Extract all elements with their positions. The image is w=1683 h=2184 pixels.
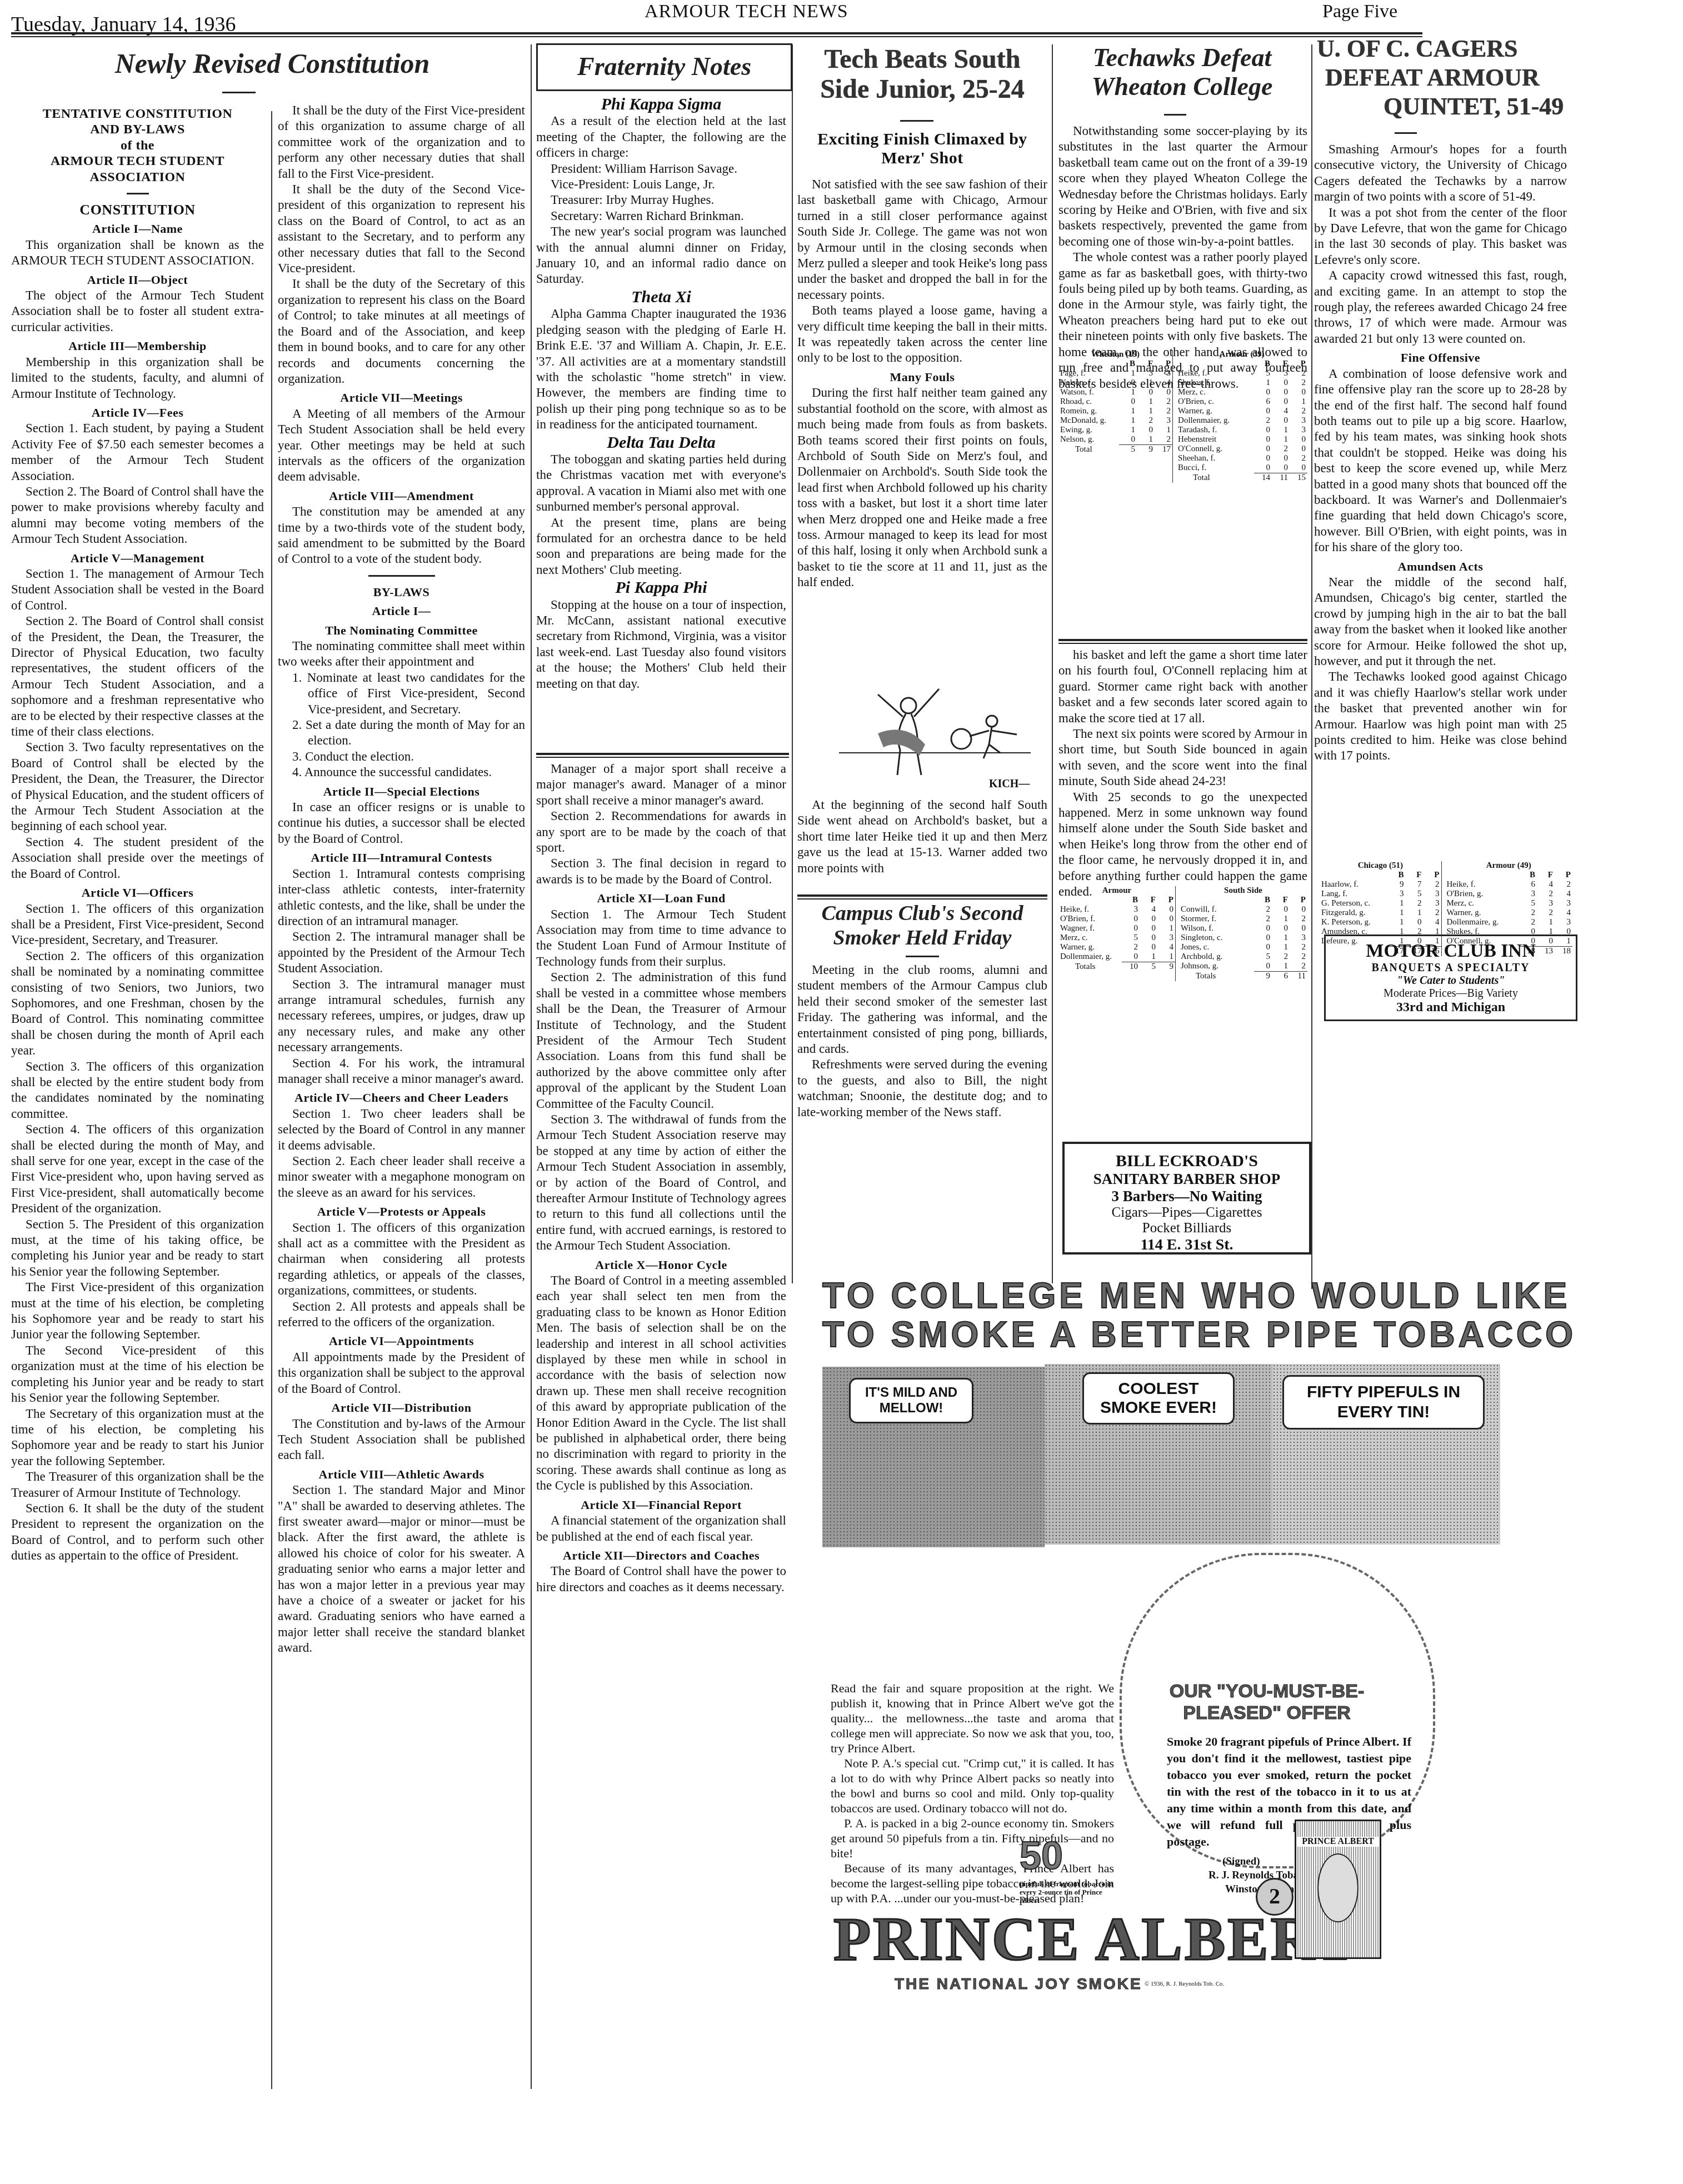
box-score-row: Singleton, c.013 xyxy=(1179,933,1307,943)
section-title: CONSTITUTION xyxy=(11,202,264,218)
box-score-row: Page, f.133 xyxy=(1058,369,1172,378)
ad-line: "We Cater to Students" xyxy=(1326,974,1576,987)
paragraph: Near the middle of the second half, Amun… xyxy=(1314,574,1567,669)
paragraph: Section 3. The final decision in regard … xyxy=(536,856,786,887)
subheading: Article II—Object xyxy=(11,272,264,288)
box-score-row: Heike, f.532 xyxy=(1176,369,1307,378)
ad-tagline: THE NATIONAL JOY SMOKE xyxy=(895,1975,1142,1993)
paragraph: Section 2. The Board of Control shall co… xyxy=(11,613,264,739)
paragraph: Section 2. The intramural manager shall … xyxy=(278,929,525,976)
paragraph: Section 2. Each cheer leader shall recei… xyxy=(278,1153,525,1201)
fraternity-headline-box: Fraternity Notes xyxy=(536,43,792,91)
offer-title: OUR "YOU-MUST-BE-PLEASED" OFFER xyxy=(1167,1681,1367,1724)
paragraph: Section 3. The intramural manager must a… xyxy=(278,977,525,1056)
signed-label: (Signed) xyxy=(1222,1856,1260,1868)
wheaton-headline: Techawks Defeat Wheaton College xyxy=(1056,43,1309,101)
paragraph: During the first half neither team gaine… xyxy=(797,385,1047,590)
paragraph: his basket and left the game a short tim… xyxy=(1058,647,1307,726)
subheading: Article VIII—Athletic Awards xyxy=(278,1467,525,1482)
paragraph: This organization shall be known as the … xyxy=(11,237,264,269)
box-score-row: Warner, g.204 xyxy=(1058,943,1175,952)
box-score-row: Wilson, f.000 xyxy=(1179,924,1307,933)
ad-line: 33rd and Michigan xyxy=(1326,1000,1576,1015)
paragraph: Section 2. All protests and appeals shal… xyxy=(278,1299,525,1331)
ad-line: 114 E. 31st St. xyxy=(1065,1236,1309,1254)
box-score-row: K. Peterson, g.104 xyxy=(1320,918,1441,927)
prince-albert-wordmark: PRINCE ALBERT xyxy=(833,1906,1358,1972)
paragraph: Smashing Armour's hopes for a fourth con… xyxy=(1314,142,1567,205)
subheading: Article I—Name xyxy=(11,221,264,237)
speech-bubble: COOLEST SMOKE EVER! xyxy=(1082,1372,1235,1425)
box-score-row: Merz, c.503 xyxy=(1058,933,1175,943)
column-rule xyxy=(792,44,793,1283)
ad-paragraph: Read the fair and square proposition at … xyxy=(831,1681,1114,1756)
paragraph: Both teams played a loose game, having a… xyxy=(797,303,1047,366)
box-score-row: McDonald, g.123 xyxy=(1058,416,1172,426)
ad-paragraph: P. A. is packed in a big 2-ounce economy… xyxy=(831,1816,1114,1861)
campus-club-headline: Campus Club's Second Smoker Held Friday xyxy=(797,901,1047,950)
paragraph: Manager of a major sport shall receive a… xyxy=(536,761,786,808)
box-score-row: O'Brien, c.601 xyxy=(1176,397,1307,407)
subheading: The Nominating Committee xyxy=(278,623,525,638)
ad-line: SANITARY BARBER SHOP xyxy=(1065,1171,1309,1188)
paragraph: Section 5. The President of this organiz… xyxy=(11,1217,264,1280)
box-score-row: Ewing, g.101 xyxy=(1058,426,1172,435)
box-score-row: Watson, f.100 xyxy=(1058,388,1172,397)
paragraph: Not satisfied with the see saw fashion o… xyxy=(797,177,1047,303)
article-body: his basket and left the game a short tim… xyxy=(1058,647,1307,900)
chicago-headline-2: DEFEAT ARMOUR xyxy=(1325,63,1540,92)
subheading: Article XI—Loan Fund xyxy=(536,891,786,906)
paragraph: The toboggan and skating parties held du… xyxy=(536,452,786,515)
ad-body-copy: Read the fair and square proposition at … xyxy=(831,1681,1114,1906)
subheading: Fine Offensive xyxy=(1314,350,1567,366)
box-score-right: South SideBFPConwill, f.200Stormer, f.21… xyxy=(1179,886,1307,981)
divider xyxy=(1395,132,1417,134)
ad-paragraph: Note P. A.'s special cut. "Crimp cut," i… xyxy=(831,1756,1114,1816)
paragraph: A financial statement of the organizatio… xyxy=(536,1513,786,1545)
paragraph: The new year's social program was launch… xyxy=(536,224,786,287)
paragraph: Section 1. The management of Armour Tech… xyxy=(11,566,264,613)
box-score-right: Armour (39)BFPHeike, f.532Shukas, f.102M… xyxy=(1176,350,1307,483)
paragraph: Section 1. Each student, by paying a Stu… xyxy=(11,421,264,484)
subheading: Many Fouls xyxy=(797,369,1047,385)
paragraph: Section 3. Two faculty representatives o… xyxy=(11,739,264,834)
section-rule xyxy=(536,753,789,758)
constitution-body: Manager of a major sport shall receive a… xyxy=(536,761,786,1595)
column-rule xyxy=(1311,44,1312,1289)
paragraph: As a result of the election held at the … xyxy=(536,113,786,161)
paragraph: Section 1. Two cheer leaders shall be se… xyxy=(278,1106,525,1153)
paragraph: At the beginning of the second half Sout… xyxy=(797,797,1047,876)
paragraph: In case an officer resigns or is unable … xyxy=(278,799,525,847)
constitution-headline: Newly Revised Constitution xyxy=(17,47,528,79)
column-rule xyxy=(1052,44,1053,1283)
paragraph: Section 3. The withdrawal of funds from … xyxy=(536,1112,786,1254)
paragraph: The Second Vice-president of this organi… xyxy=(11,1343,264,1406)
paragraph: The Board of Control shall have the powe… xyxy=(536,1563,786,1595)
ad-line: MOTOR CLUB INN xyxy=(1326,941,1576,962)
subheading: Article VII—Meetings xyxy=(278,390,525,406)
article-body: Meeting in the club rooms, alumni and st… xyxy=(797,962,1047,1120)
paragraph: Section 1. Intramural contests comprisin… xyxy=(278,866,525,929)
subheading: Article III—Membership xyxy=(11,338,264,354)
tin-label: PRINCE ALBERT xyxy=(1296,1837,1380,1847)
box-score-row: Haarlow, f.972 xyxy=(1320,880,1441,889)
tobacco-tin: PRINCE ALBERT xyxy=(1295,1820,1381,1959)
box-score-row: Merz, c.000 xyxy=(1176,388,1307,397)
subhead: ASSOCIATION xyxy=(11,169,264,185)
paragraph: The Treasurer of this organization shall… xyxy=(11,1469,264,1501)
box-score-table: ArmourBFPHeike, f.340O'Brien, f.000Wagne… xyxy=(1058,886,1175,972)
divider xyxy=(368,575,435,577)
speech-bubble: IT'S MILD AND MELLOW! xyxy=(849,1378,973,1423)
box-score-row: O'Brien, g.324 xyxy=(1445,889,1572,899)
box-score-left: Wheaton (19)BFPPage, f.133Nelson, f.014W… xyxy=(1058,350,1173,483)
paragraph: Section 2. The administration of this fu… xyxy=(536,969,786,1112)
constitution-body: It shall be the duty of the First Vice-p… xyxy=(278,103,525,1656)
constitution-column-2: It shall be the duty of the First Vice-p… xyxy=(278,103,525,1656)
box-score-row: Archbold, g.522 xyxy=(1179,952,1307,962)
box-score-row: Jones, c.012 xyxy=(1179,943,1307,952)
subheading: Article IV—Fees xyxy=(11,405,264,421)
box-score-row: Lang, f.353 xyxy=(1320,889,1441,899)
subheading: Theta Xi xyxy=(536,289,786,305)
list-item: 2. Set a date during the month of May fo… xyxy=(278,717,525,749)
wheaton-box-score: Wheaton (19)BFPPage, f.133Nelson, f.014W… xyxy=(1058,350,1307,483)
paragraph: Section 1. The Armour Tech Student Assoc… xyxy=(536,907,786,970)
south-side-article-part2: At the beginning of the second half Sout… xyxy=(797,797,1047,876)
box-score-row: Conwill, f.200 xyxy=(1179,905,1307,914)
chicago-article: Smashing Armour's hopes for a fourth con… xyxy=(1314,142,1567,764)
column-rule xyxy=(531,44,532,2089)
list-item: 1. Nominate at least two candidates for … xyxy=(278,670,525,717)
paragraph: Section 4. The student president of the … xyxy=(11,834,264,882)
paragraph: Section 1. The officers of this organiza… xyxy=(278,1220,525,1299)
box-score-row: Fitzgerald, g.112 xyxy=(1320,908,1441,918)
ad-line: Cigars—Pipes—Cigarettes xyxy=(1065,1205,1309,1221)
subheading: Article VI—Officers xyxy=(11,885,264,901)
constitution-column-1: TENTATIVE CONSTITUTION AND BY-LAWS of th… xyxy=(11,103,264,1564)
paragraph: President: William Harrison Savage. xyxy=(536,161,786,177)
box-score-row: Bucci, f.000 xyxy=(1176,463,1307,473)
divider xyxy=(906,956,939,957)
paragraph: A combination of loose defensive work an… xyxy=(1314,366,1567,556)
fifty-number: 50 xyxy=(1020,1833,1063,1878)
south-side-continued: his basket and left the game a short tim… xyxy=(1058,647,1307,900)
box-score-row: Romein, g.112 xyxy=(1058,407,1172,416)
subheading: Article V—Management xyxy=(11,551,264,566)
paragraph: It was a pot shot from the center of the… xyxy=(1314,205,1567,268)
ad-line: BILL ECKROAD'S xyxy=(1065,1152,1309,1171)
fifty-caption: pipefuls of fragrant tobacco in every 2-… xyxy=(1020,1880,1120,1905)
ad-line: BANQUETS A SPECIALTY xyxy=(1326,962,1576,974)
box-score-row: Taradash, f.013 xyxy=(1176,426,1307,435)
paragraph: Meeting in the club rooms, alumni and st… xyxy=(797,962,1047,1057)
subhead: of the xyxy=(11,138,264,153)
paragraph: The next six points were scored by Armou… xyxy=(1058,726,1307,789)
box-score-row: Rhoad, c.012 xyxy=(1058,397,1172,407)
prince-albert-ad: TO COLLEGE MEN WHO WOULD LIKE TO SMOKE A… xyxy=(800,1272,1428,2106)
ad-headline-1: TO COLLEGE MEN WHO WOULD LIKE xyxy=(822,1275,1570,1316)
paragraph: A Meeting of all members of the Armour T… xyxy=(278,406,525,485)
page-number: Page Five xyxy=(1322,1,1397,22)
south-side-deck: Exciting Finish Climaxed by Merz' Shot xyxy=(797,130,1047,168)
subhead: AND BY-LAWS xyxy=(11,122,264,137)
copyright: © 1936, R. J. Reynolds Tob. Co. xyxy=(1145,1981,1224,1987)
box-score-table: Armour (39)BFPHeike, f.532Shukas, f.102M… xyxy=(1176,350,1307,483)
motor-club-ad: MOTOR CLUB INN BANQUETS A SPECIALTY "We … xyxy=(1324,934,1577,1021)
ad-line: Moderate Prices—Big Variety xyxy=(1326,987,1576,1000)
paragraph: Vice-President: Louis Lange, Jr. xyxy=(536,177,786,192)
divider xyxy=(900,120,933,122)
subheading: Pi Kappa Phi xyxy=(536,580,786,596)
box-score-row: Stormer, f.212 xyxy=(1179,914,1307,924)
list-item: 3. Conduct the election. xyxy=(278,749,525,764)
paragraph: Section 4. The officers of this organiza… xyxy=(11,1122,264,1216)
box-score-left: ArmourBFPHeike, f.340O'Brien, f.000Wagne… xyxy=(1058,886,1176,981)
subhead: TENTATIVE CONSTITUTION xyxy=(11,106,264,122)
ad-headline-2: TO SMOKE A BETTER PIPE TOBACCO xyxy=(822,1314,1576,1355)
subheading: Phi Kappa Sigma xyxy=(536,97,786,112)
constitution-continued: Manager of a major sport shall receive a… xyxy=(536,761,786,1595)
paragraph: The Secretary of this organization must … xyxy=(11,1406,264,1470)
paragraph: The object of the Armour Tech Student As… xyxy=(11,288,264,335)
box-score-row: Dollenmaire, g.213 xyxy=(1445,918,1572,927)
paragraph: Section 1. The officers of this organiza… xyxy=(11,901,264,948)
fraternity-headline: Fraternity Notes xyxy=(538,45,791,88)
box-score-row: Warner, g.042 xyxy=(1176,407,1307,416)
divider xyxy=(222,92,256,93)
cartoon-signature: KICH— xyxy=(989,778,1030,791)
tin-portrait xyxy=(1317,1853,1359,1922)
south-side-article: Not satisfied with the see saw fashion o… xyxy=(797,177,1047,591)
paragraph: Section 6. It shall be the duty of the s… xyxy=(11,1501,264,1564)
column-rule xyxy=(271,111,272,2089)
subheading: Amundsen Acts xyxy=(1314,559,1567,574)
divider xyxy=(1164,114,1186,116)
two-ounce-badge: 2 xyxy=(1256,1878,1294,1916)
paragraph: At the present time, plans are being for… xyxy=(536,515,786,578)
article-body: Not satisfied with the see saw fashion o… xyxy=(797,177,1047,591)
box-score-row: Wagner, f.001 xyxy=(1058,924,1175,933)
barber-shop-ad: BILL ECKROAD'S SANITARY BARBER SHOP 3 Ba… xyxy=(1062,1142,1311,1255)
chicago-headline-1: U. OF C. CAGERS xyxy=(1317,34,1428,63)
subheading: Article IV—Cheers and Cheer Leaders xyxy=(278,1090,525,1106)
box-score-row: G. Peterson, c.123 xyxy=(1320,899,1441,908)
paragraph: Alpha Gamma Chapter inaugurated the 1936… xyxy=(536,306,786,432)
subheading: Article I— xyxy=(278,603,525,619)
box-score-row: O'Connell, g.020 xyxy=(1176,444,1307,454)
subheading: Article VI—Appointments xyxy=(278,1333,525,1349)
paragraph: Membership in this organization shall be… xyxy=(11,354,264,402)
paragraph: Section 2. The officers of this organiza… xyxy=(11,948,264,1059)
subheading: Delta Tau Delta xyxy=(536,435,786,451)
south-side-box-score: ArmourBFPHeike, f.340O'Brien, f.000Wagne… xyxy=(1058,886,1307,981)
box-score-row: Dollenmaier, g.203 xyxy=(1176,416,1307,426)
box-score-row: Shukas, f.102 xyxy=(1176,378,1307,388)
fraternity-body: Phi Kappa SigmaAs a result of the electi… xyxy=(536,97,786,692)
paragraph: Section 3. The officers of this organiza… xyxy=(11,1059,264,1122)
article-body: At the beginning of the second half Sout… xyxy=(797,797,1047,876)
section-rule xyxy=(1058,639,1307,644)
paragraph: It shall be the duty of the Second Vice-… xyxy=(278,182,525,276)
paragraph: The Constitution and by-laws of the Armo… xyxy=(278,1416,525,1463)
box-score-table: Wheaton (19)BFPPage, f.133Nelson, f.014W… xyxy=(1058,350,1172,454)
box-score-row: Warner, g.224 xyxy=(1445,908,1572,918)
paragraph: Section 2. The Board of Control shall ha… xyxy=(11,484,264,547)
article-body: Smashing Armour's hopes for a fourth con… xyxy=(1314,142,1567,764)
paragraph: It shall be the duty of the First Vice-p… xyxy=(278,103,525,182)
paragraph: A capacity crowd witnessed this fast, ro… xyxy=(1314,268,1567,347)
paragraph: Section 4. For his work, the intramural … xyxy=(278,1056,525,1087)
divider xyxy=(127,193,149,194)
ad-line: Pocket Billiards xyxy=(1065,1221,1309,1236)
paragraph: It shall be the duty of the Secretary of… xyxy=(278,276,525,387)
box-score-row: Dollenmaier, g.011 xyxy=(1058,952,1175,962)
paragraph: Section 1. The standard Major and Minor … xyxy=(278,1482,525,1656)
paragraph: Refreshments were served during the even… xyxy=(797,1057,1047,1120)
subheading: Article VIII—Amendment xyxy=(278,488,525,504)
box-score-row: O'Brien, f.000 xyxy=(1058,914,1175,924)
speech-bubble: FIFTY PIPEFULS IN EVERY TIN! xyxy=(1282,1375,1485,1430)
ad-line: 3 Barbers—No Waiting xyxy=(1065,1188,1309,1205)
paragraph: With 25 seconds to go the unexpected hap… xyxy=(1058,789,1307,900)
paragraph: Secretary: Warren Richard Brinkman. xyxy=(536,208,786,224)
box-score-row: Sheehan, f.002 xyxy=(1176,454,1307,463)
paragraph: Stopping at the house on a tour of inspe… xyxy=(536,597,786,692)
south-side-headline: Tech Beats South Side Junior, 25-24 xyxy=(797,44,1047,104)
subheading: Article XII—Directors and Coaches xyxy=(536,1548,786,1563)
constitution-body: Article I—NameThis organization shall be… xyxy=(11,221,264,1563)
newspaper-name: ARMOUR TECH NEWS xyxy=(645,1,848,22)
subheading: Article V—Protests or Appeals xyxy=(278,1204,525,1220)
box-score-row: Nelson, f.014 xyxy=(1058,378,1172,388)
masthead-rule xyxy=(11,32,1422,37)
box-score-table: South SideBFPConwill, f.200Stormer, f.21… xyxy=(1179,886,1307,981)
paragraph: The nominating committee shall meet with… xyxy=(278,638,525,670)
list-item: 4. Announce the successful candidates. xyxy=(278,764,525,780)
subhead: ARMOUR TECH STUDENT xyxy=(11,153,264,169)
subheading: Article XI—Financial Report xyxy=(536,1497,786,1513)
fraternity-notes: Phi Kappa SigmaAs a result of the electi… xyxy=(536,94,786,692)
campus-club-article: Meeting in the club rooms, alumni and st… xyxy=(797,962,1047,1120)
box-score-row: Heike, f.642 xyxy=(1445,880,1572,889)
box-score-row: Johnson, g.012 xyxy=(1179,962,1307,972)
subheading: BY-LAWS xyxy=(278,584,525,600)
paragraph: Notwithstanding some soccer-playing by i… xyxy=(1058,123,1307,249)
subheading: Article II—Special Elections xyxy=(278,784,525,799)
section-rule xyxy=(797,894,1047,899)
subheading: Article VII—Distribution xyxy=(278,1400,525,1416)
paragraph: Section 2. Recommendations for awards in… xyxy=(536,808,786,856)
basketball-cartoon: KICH— xyxy=(822,683,1045,794)
subheading: Article III—Intramural Contests xyxy=(278,850,525,866)
chicago-headline-3: QUINTET, 51-49 xyxy=(1384,92,1564,121)
subheading: Article X—Honor Cycle xyxy=(536,1257,786,1273)
paragraph: Treasurer: Irby Murray Hughes. xyxy=(536,192,786,208)
paragraph: The First Vice-president of this organiz… xyxy=(11,1280,264,1343)
box-score-row: Hebenstreit010 xyxy=(1176,435,1307,444)
paragraph: The constitution may be amended at any t… xyxy=(278,504,525,567)
paragraph: All appointments made by the President o… xyxy=(278,1350,525,1397)
paragraph: The Board of Control in a meeting assemb… xyxy=(536,1273,786,1494)
box-score-row: Heike, f.340 xyxy=(1058,905,1175,914)
box-score-row: Merz, c.533 xyxy=(1445,899,1572,908)
box-score-row: Nelson, g.012 xyxy=(1058,435,1172,445)
paragraph: The Techawks looked good against Chicago… xyxy=(1314,669,1567,763)
